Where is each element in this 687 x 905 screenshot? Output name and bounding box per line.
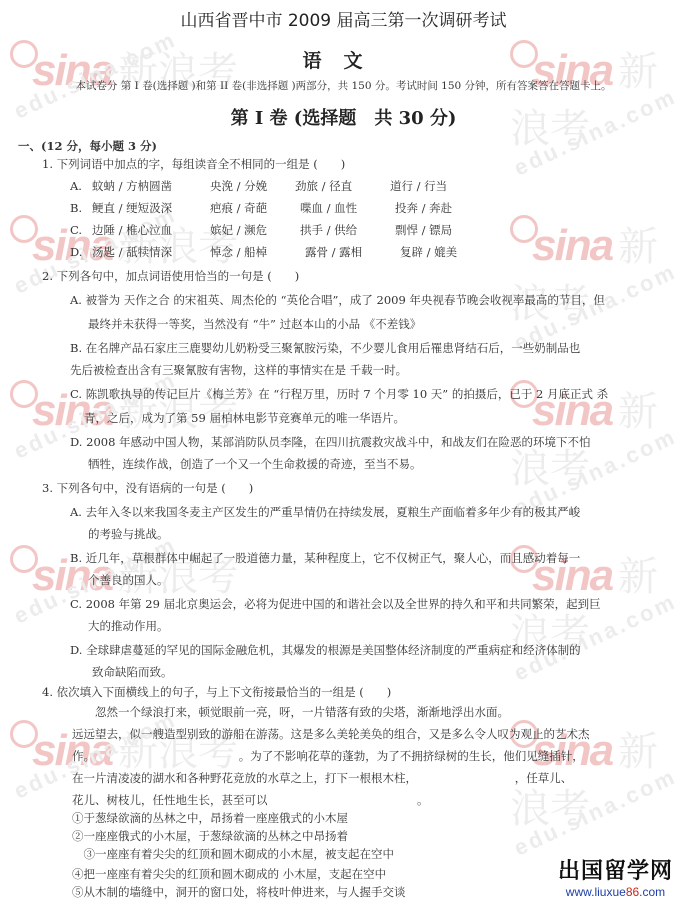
question-3-option-a-line-2: 的考验与挑战。: [88, 522, 169, 546]
exam-instructions: 本试卷分 第 I 卷(选择题 )和第 II 卷(非选择题 )两部分，共 150 …: [0, 78, 687, 93]
question-2-option-d-line-2: 牺牲，连续作战，创造了一个又一个生命救援的奇迹，至当不易。: [88, 452, 422, 476]
question-2-option-b-line-1: B. 在名牌产品石家庄三鹿婴幼儿奶粉受三聚氰胺污染，不少婴儿食用后罹患肾结石后，…: [70, 336, 580, 360]
section-title: 第 I 卷 (选择题 共 30 分): [0, 104, 687, 130]
question-1-option-d: D. 汤匙 / 舐犊情深 悼念 / 船棹 露骨 / 露相 复辟 / 媲美: [70, 240, 82, 264]
sina-eye-icon: [10, 720, 38, 748]
question-3-stem: 3. 下列各句中，没有语病的一句是 ( ): [42, 476, 253, 500]
sina-eye-icon: [10, 380, 38, 408]
question-1-option-b: B. 鲠直 / 绠短汲深 疤痕 / 奇葩 喋血 / 血性 投奔 / 奔赴: [70, 196, 82, 220]
question-4-choice-5: ⑤从木制的墙缝中，洞开的窗口处，将枝叶伸进来，与人握手交谈: [72, 884, 406, 900]
subject-title: 语文: [0, 46, 687, 73]
sina-eye-icon: [10, 215, 38, 243]
question-2-option-b-line-2: 先后被检查出含有三聚氰胺有害物，这样的事情实在是 千载一时。: [70, 358, 407, 382]
question-3-option-c-line-1: C. 2008 年第 29 届北京奥运会，必将为促进中国的和谐社会以及全世界的持…: [70, 592, 601, 616]
question-2-option-c-line-1: C. 陈凯歌执导的传记巨片《梅兰芳》在 “行程万里，历时 7 个月零 10 天”…: [70, 382, 608, 406]
question-2-option-c-line-2: 青，之后，成为了第 59 届柏林电影节竞赛单元的唯一华语片。: [84, 406, 405, 430]
sina-eye-icon: [10, 545, 38, 573]
question-4-passage-line-4: 在一片清凌凌的湖水和各种野花竞放的水草之上，打下一根根木柱， ，任草儿、: [72, 766, 572, 790]
question-2-option-d-line-1: D. 2008 年感动中国人物，某部消防队员李隆，在四川抗震救灾战斗中，和战友们…: [70, 430, 591, 454]
question-4-choice-3: ③一座座有着尖尖的红顶和圆木砌成的小木屋，被支起在空中: [72, 842, 394, 866]
brand-name: 出国留学网: [558, 854, 673, 885]
question-1-option-c: C. 边陲 / 椎心泣血 嫔妃 / 濒危 拱手 / 供给 剽悍 / 镖局: [70, 218, 82, 242]
question-3-option-a-line-1: A. 去年入冬以来我国冬麦主产区发生的严重旱情仍在持续发展，夏粮生产面临着多年少…: [70, 500, 580, 524]
question-3-option-b-line-1: B. 近几年，草根群体中崛起了一股道德力量，某种程度上，它不仅树正气，聚人心，而…: [70, 546, 580, 570]
question-3-option-b-line-2: 个善良的国人。: [88, 568, 169, 592]
question-4-passage-line-1: 忽然一个绿浪打来，顿觉眼前一亮，呀，一片错落有致的尖塔，渐渐地浮出水面。: [72, 700, 509, 724]
sina-eye-icon: [510, 215, 538, 243]
question-2-stem: 2. 下列各句中，加点词语使用恰当的一句是 ( ): [42, 264, 299, 288]
question-3-option-d-line-1: D. 全球肆虐蔓延的罕见的国际金融危机，其爆发的根源是美国整体经济制度的严重病症…: [70, 638, 581, 662]
question-4-passage-line-3: 作。 。为了不影响花草的蓬勃，为了不拥挤绿树的生长，他们见缝插针，: [72, 744, 584, 768]
question-3-option-c-line-2: 大的推动作用。: [88, 614, 169, 638]
question-2-option-a-line-1: A. 被誉为 天作之合 的宋祖英、周杰伦的 “英伦合唱”，成了 2009 年央视…: [70, 288, 605, 312]
question-1-option-a: A. 蚊蚋 / 方枘圆凿 央浼 / 分娩 劲旅 / 径直 道行 / 行当: [70, 174, 82, 198]
question-2-option-a-line-2: 最终并未获得一等奖，当然没有 “牛” 过赵本山的小品 《不差钱》: [88, 312, 421, 336]
question-4-choice-4: ④把一座座有着尖尖的红顶和圆木砌成的 小木屋，支起在空中: [72, 866, 386, 882]
exam-title: 山西省晋中市 2009 届高三第一次调研考试: [0, 6, 687, 31]
liuxue86-brand: 出国留学网 www.liuxue86.com: [558, 854, 673, 899]
question-4-passage-line-2: 远远望去，似一艘造型别致的游船在游荡。这是多么美轮美奂的组合，又是多么令人叹为观…: [72, 722, 590, 746]
brand-url: www.liuxue86.com: [558, 885, 673, 899]
question-1-stem: 1. 下列词语中加点的字，每组读音全不相同的一组是 ( ): [42, 152, 345, 176]
